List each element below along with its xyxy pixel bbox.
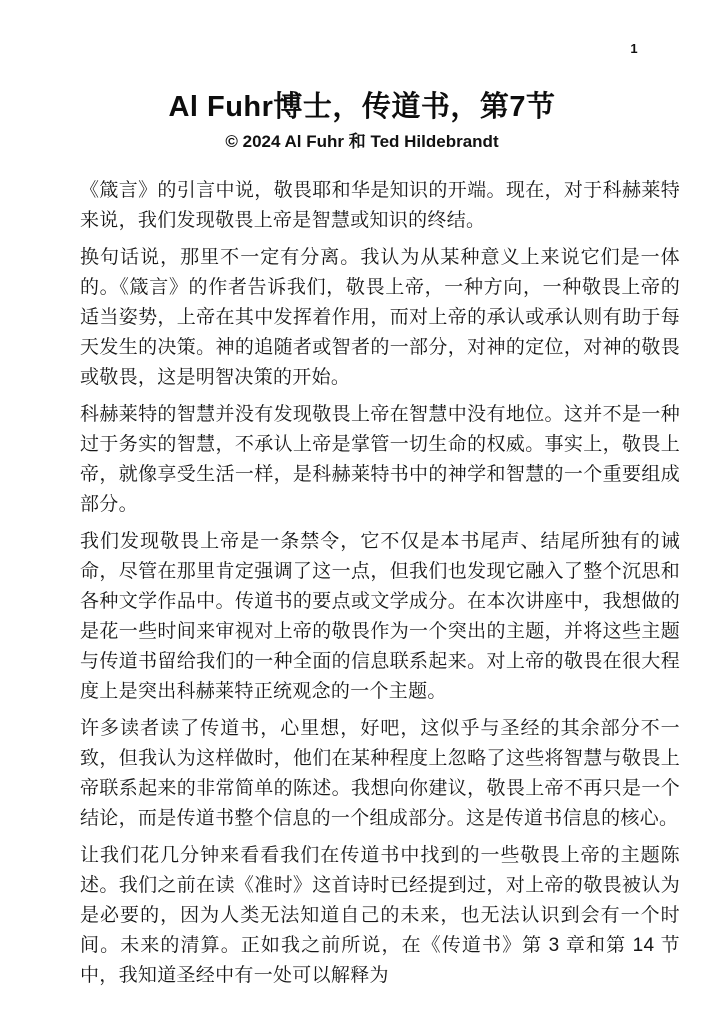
copyright-line: © 2024 Al Fuhr 和 Ted Hildebrandt: [0, 132, 724, 151]
page-number: 1: [624, 41, 644, 56]
paragraph: 让我们花几分钟来看看我们在传道书中找到的一些敬畏上帝的主题陈述。我们之前在读《准…: [80, 841, 680, 991]
paragraph: 科赫莱特的智慧并没有发现敬畏上帝在智慧中没有地位。这并不是一种过于务实的智慧，不…: [80, 400, 680, 520]
paragraph: 换句话说，那里不一定有分离。我认为从某种意义上来说它们是一体的。《箴言》的作者告…: [80, 243, 680, 393]
page-title: Al Fuhr博士，传道书，第7节: [0, 92, 724, 123]
document-body: 《箴言》的引言中说，敬畏耶和华是知识的开端。现在，对于科赫莱特来说，我们发现敬畏…: [80, 176, 680, 991]
paragraph: 我们发现敬畏上帝是一条禁令，它不仅是本书尾声、结尾所独有的诫命，尽管在那里肯定强…: [80, 527, 680, 707]
document-page: 1 Al Fuhr博士，传道书，第7节 © 2024 Al Fuhr 和 Ted…: [0, 0, 724, 1024]
document-header: Al Fuhr博士，传道书，第7节 © 2024 Al Fuhr 和 Ted H…: [0, 0, 724, 151]
paragraph: 许多读者读了传道书，心里想，好吧，这似乎与圣经的其余部分不一致，但我认为这样做时…: [80, 714, 680, 834]
paragraph: 《箴言》的引言中说，敬畏耶和华是知识的开端。现在，对于科赫莱特来说，我们发现敬畏…: [80, 176, 680, 236]
